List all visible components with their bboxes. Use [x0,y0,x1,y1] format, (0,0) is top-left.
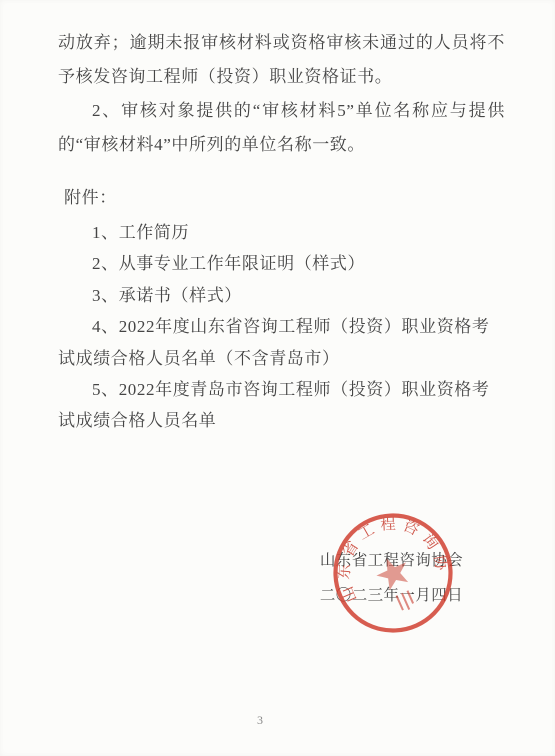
seal-inner-marks [396,591,414,612]
seal-star-icon [372,552,414,593]
paragraph-continuation: 动放弃；逾期未报审核材料或资格审核未通过的人员将不予核发咨询工程师（投资）职业资… [58,26,505,94]
attachment-item-5: 5、2022年度青岛市咨询工程师（投资）职业资格考试成绩合格人员名单 [58,374,506,437]
attachment-item-1: 1、工作简历 [58,217,506,248]
attachments-list: 1、工作简历 2、从事专业工作年限证明（样式） 3、承诺书（样式） 4、2022… [58,217,506,437]
attachment-item-2: 2、从事专业工作年限证明（样式） [58,248,506,279]
official-seal-stamp: 山东省工程咨询协会 [331,511,455,635]
seal-graphic: 山东省工程咨询协会 [331,511,455,635]
attachments-label: 附件： [64,182,117,214]
paragraph-note-2: 2、审核对象提供的“审核材料5”单位名称应与提供的“审核材料4”中所列的单位名称… [58,94,505,162]
document-page: 动放弃；逾期未报审核材料或资格审核未通过的人员将不予核发咨询工程师（投资）职业资… [0,0,555,756]
page-number: 3 [250,713,270,728]
attachment-item-4: 4、2022年度山东省咨询工程师（投资）职业资格考试成绩合格人员名单（不含青岛市… [58,311,506,374]
body-text: 动放弃；逾期未报审核材料或资格审核未通过的人员将不予核发咨询工程师（投资）职业资… [58,26,505,162]
attachment-item-3: 3、承诺书（样式） [58,280,506,311]
